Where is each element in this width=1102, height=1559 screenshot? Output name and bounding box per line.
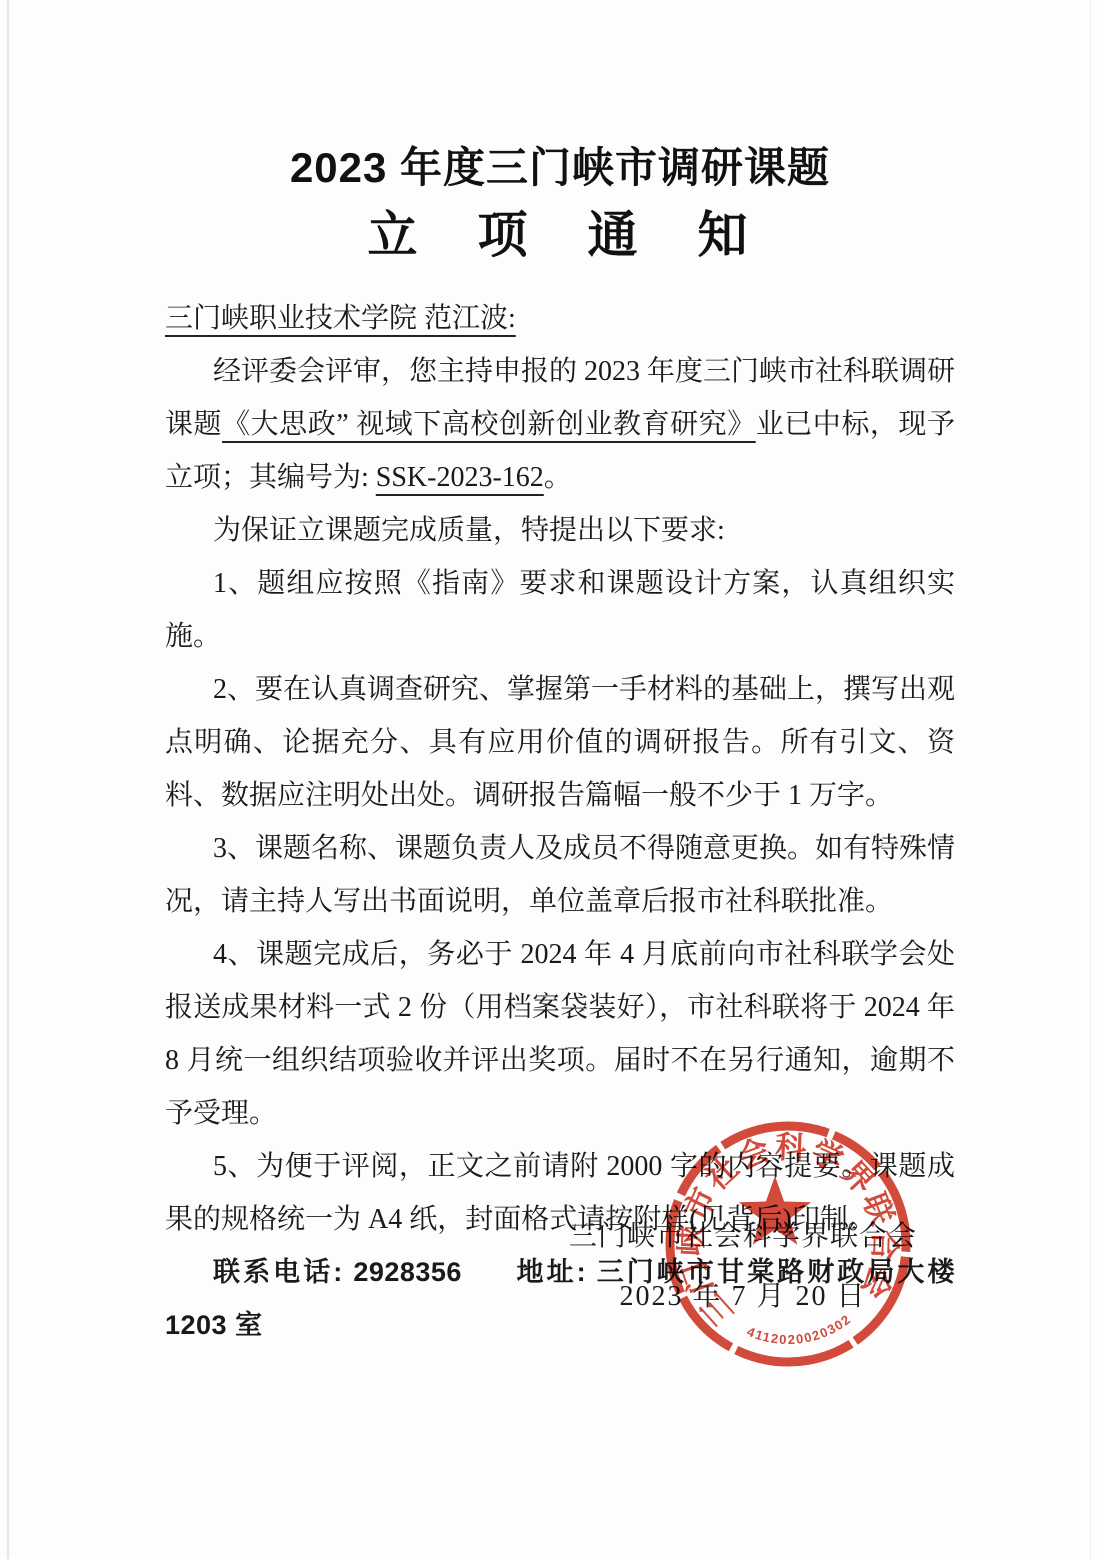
project-title-underlined: 《大思政” 视域下高校创新创业教育研究》 bbox=[222, 409, 756, 440]
signature-block: 三门峡市社会科学界联合会 2023 年 7 月 20 日 bbox=[569, 1220, 917, 1314]
notice-document-page: 2023 年度三门峡市调研课题 立 项 通 知 三门峡职业技术学院 范江波: 经… bbox=[0, 0, 1102, 1559]
document-subtitle: 立 项 通 知 bbox=[165, 204, 955, 266]
intro-paragraph: 经评委会评审，您主持申报的 2023 年度三门峡市社科联调研课题《大思政” 视域… bbox=[165, 345, 955, 504]
requirements-lead: 为保证立课题完成质量，特提出以下要求: bbox=[165, 504, 955, 557]
requirement-item-1: 1、题组应按照《指南》要求和课题设计方案，认真组织实施。 bbox=[165, 557, 955, 663]
document-title: 2023 年度三门峡市调研课题 bbox=[165, 140, 955, 196]
requirement-item-2: 2、要在认真调查研究、掌握第一手材料的基础上，撰写出观点明确、论据充分、具有应用… bbox=[165, 663, 955, 822]
signature-date: 2023 年 7 月 20 日 bbox=[569, 1280, 917, 1314]
contact-phone: 联系电话: 2928356 bbox=[213, 1257, 462, 1287]
document-content: 2023 年度三门峡市调研课题 立 项 通 知 三门峡职业技术学院 范江波: 经… bbox=[165, 140, 955, 1352]
salutation-line: 三门峡职业技术学院 范江波: bbox=[165, 292, 955, 345]
intro-text-end: 。 bbox=[544, 462, 572, 493]
page-left-edge-shadow bbox=[7, 0, 9, 1559]
signer-organization: 三门峡市社会科学界联合会 bbox=[569, 1220, 917, 1254]
salutation-text: 三门峡职业技术学院 范江波: bbox=[165, 303, 516, 334]
requirement-item-4: 4、课题完成后，务必于 2024 年 4 月底前向市社科联学会处报送成果材料一式… bbox=[165, 928, 955, 1140]
project-code-underlined: SSK-2023-162 bbox=[376, 462, 544, 493]
page-right-edge-shadow bbox=[1090, 0, 1091, 1559]
requirement-item-3: 3、课题名称、课题负责人及成员不得随意更换。如有特殊情况，请主持人写出书面说明，… bbox=[165, 822, 955, 928]
